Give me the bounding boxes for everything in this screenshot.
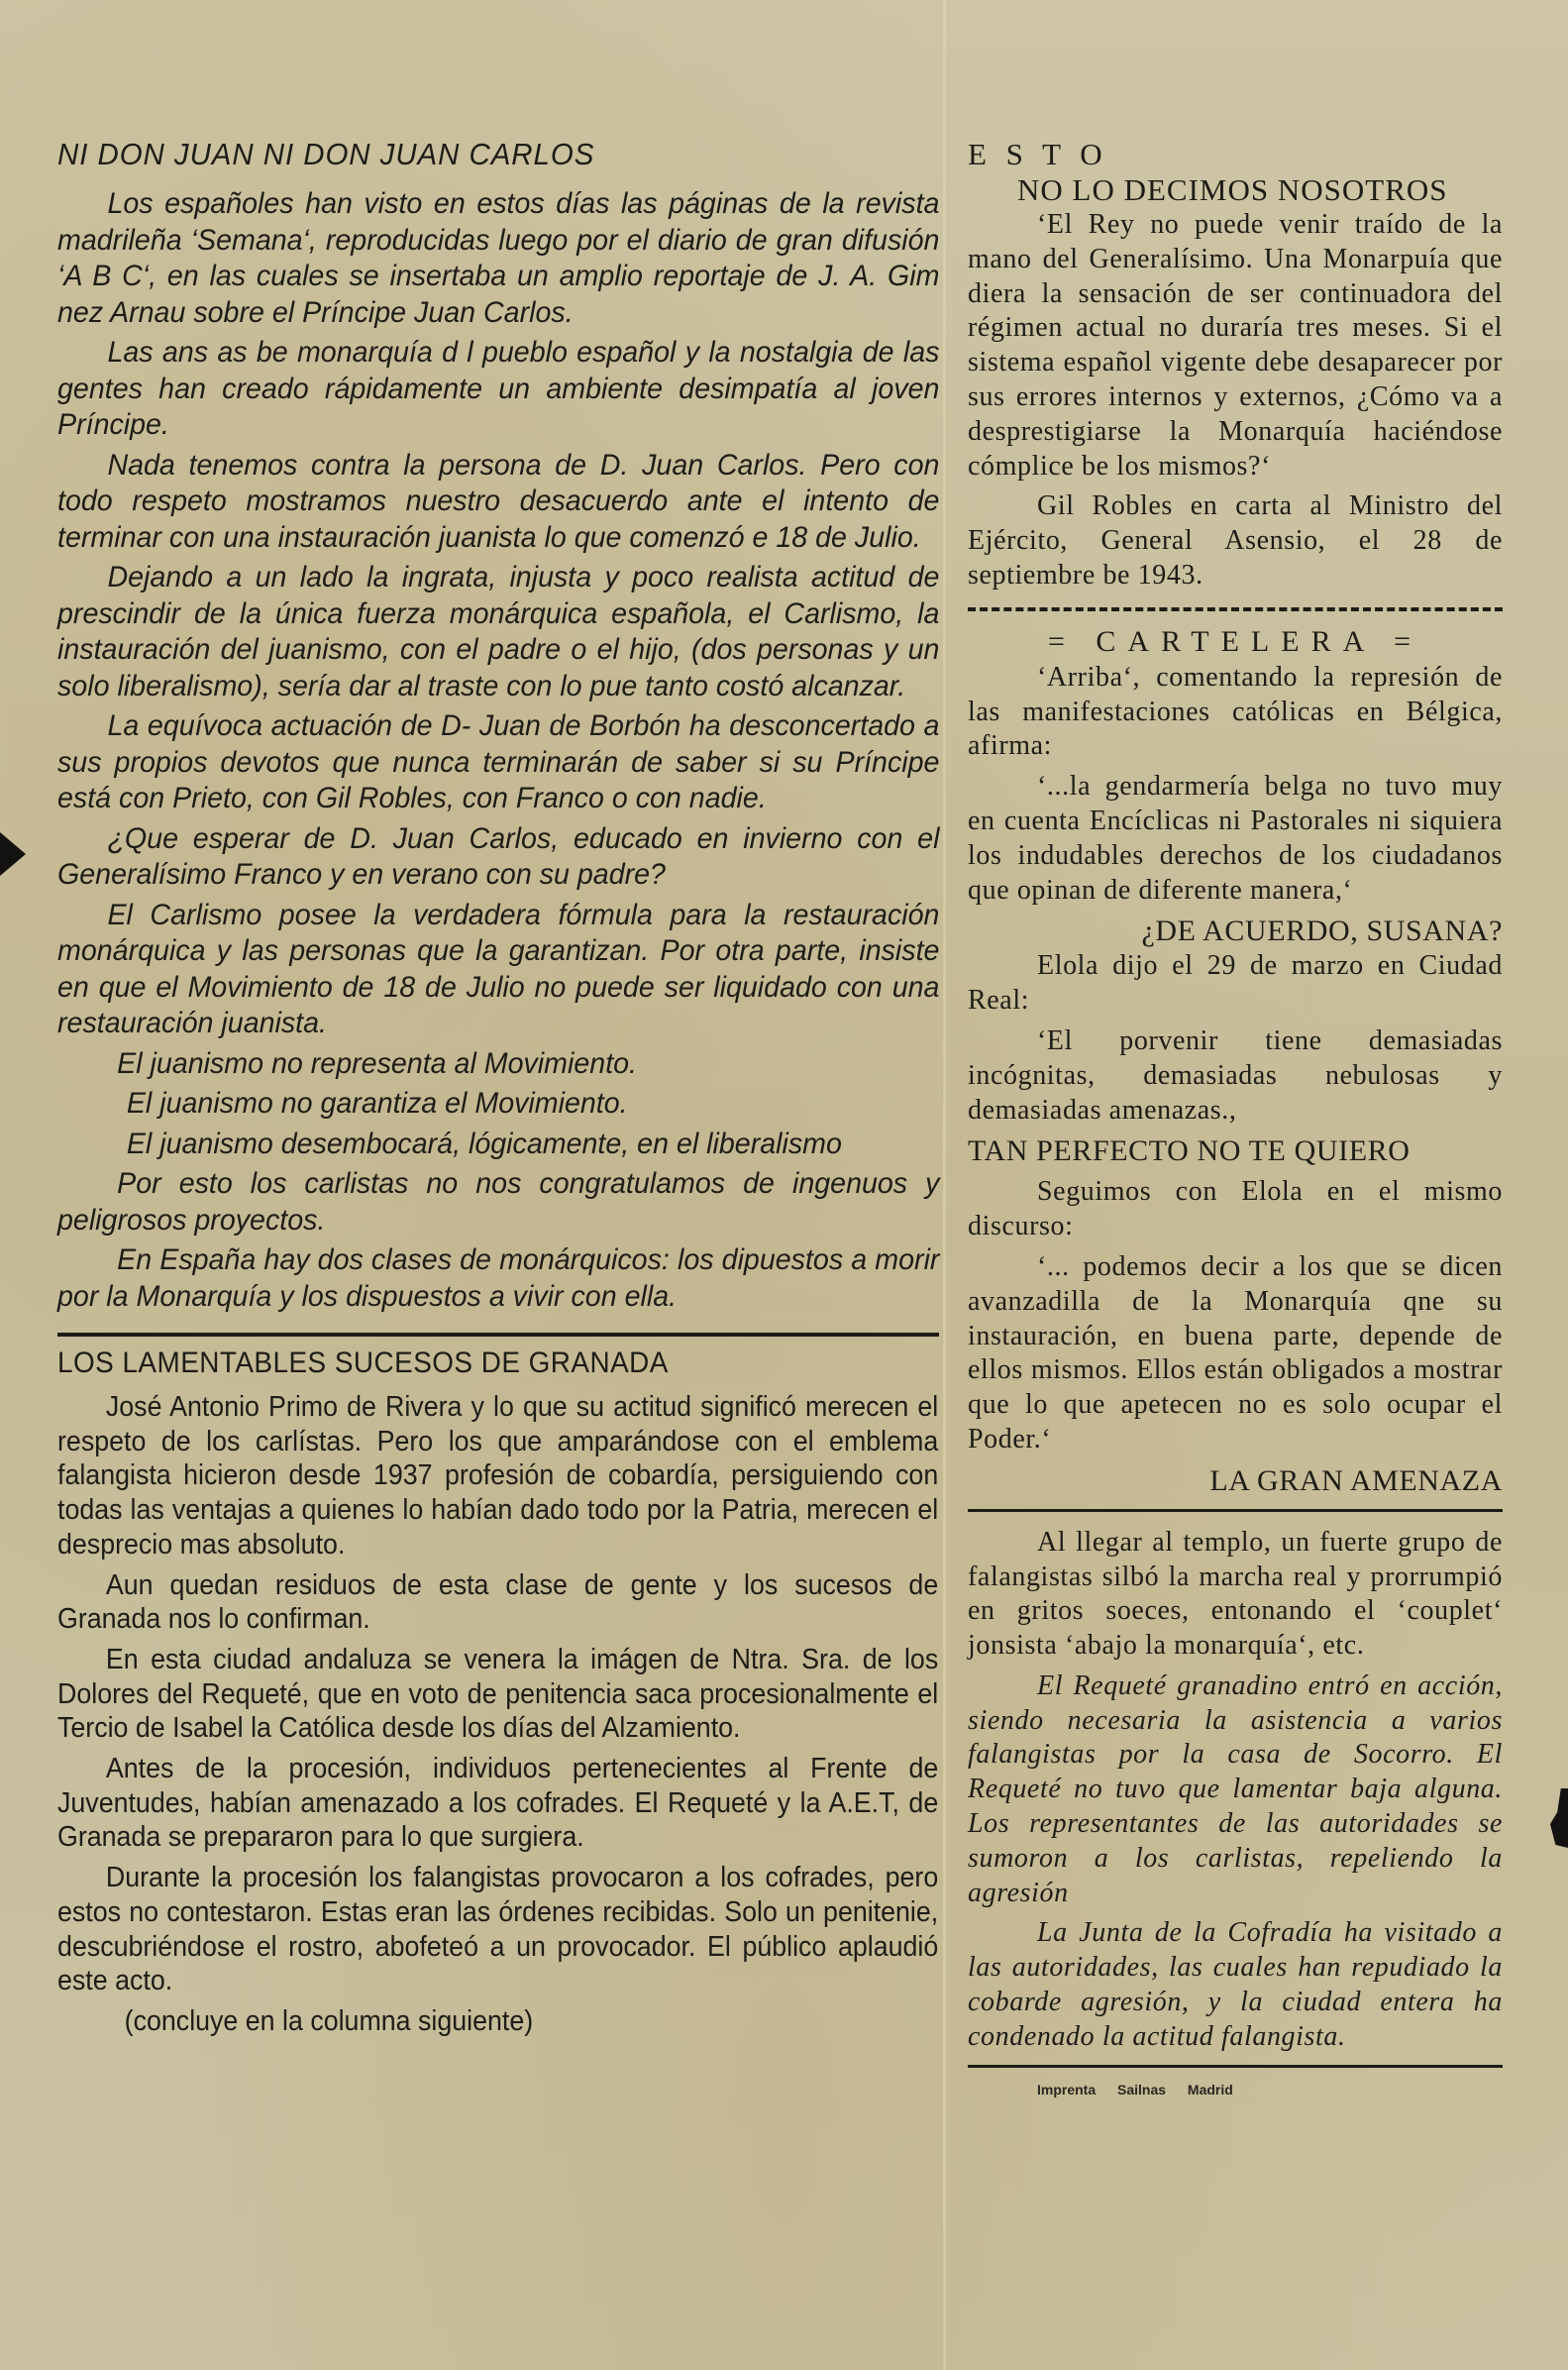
article-paragraph: Las ans as be monarquía d l pueblo españ… xyxy=(57,335,939,444)
cartelera-paragraph: Elola dijo el 29 de marzo en Ciudad Real… xyxy=(968,949,1503,1019)
document-page: NI DON JUAN NI DON JUAN CARLOS Los españ… xyxy=(0,0,1568,2370)
continuation-note: (concluye en la columna siguiente) xyxy=(57,2004,938,2039)
article-paragraph: ¿Que esperar de D. Juan Carlos, educado … xyxy=(57,821,939,894)
article-paragraph: Dejando a un lado la ingrata, injusta y … xyxy=(57,560,939,704)
article-paragraph: Nada tenemos contra la persona de D. Jua… xyxy=(57,448,939,557)
granada-conclusion-paragraph: El Requeté granadino entró en acción, si… xyxy=(968,1670,1503,1911)
section-paragraph: Antes de la procesión, individuos perten… xyxy=(57,1752,938,1855)
article-paragraph: El juanismo desembocará, lógicamente, en… xyxy=(57,1127,939,1163)
cartelera-paragraph: Seguimos con Elola en el mismo discurso: xyxy=(968,1175,1503,1244)
section-paragraph: Durante la procesión los falangistas pro… xyxy=(57,1861,938,1998)
esto-subheading: NO LO DECIMOS NOSOTROS xyxy=(1017,172,1503,208)
footer-divider xyxy=(968,2065,1503,2068)
cartelera-subheading: LA GRAN AMENAZA xyxy=(968,1463,1503,1499)
paper-fold xyxy=(943,0,946,2370)
article-title: NI DON JUAN NI DON JUAN CARLOS xyxy=(57,137,895,172)
granada-conclusion-paragraph: Al llegar al templo, un fuerte grupo de … xyxy=(968,1526,1503,1664)
section-divider xyxy=(57,1333,939,1337)
cartelera-paragraph: ‘Arriba‘, comentando la represión de las… xyxy=(968,661,1503,764)
article-paragraph: El Carlismo posee la verdadera fórmula p… xyxy=(57,898,939,1042)
esto-heading: E S T O xyxy=(968,137,1503,172)
right-column: E S T O NO LO DECIMOS NOSOTROS ‘El Rey n… xyxy=(968,137,1503,2098)
cartelera-heading: = CARTELERA = xyxy=(968,625,1503,659)
cartelera-subheading: ¿DE ACUERDO, SUSANA? xyxy=(968,914,1503,949)
esto-attribution: Gil Robles en carta al Ministro del Ejér… xyxy=(968,489,1503,592)
cartelera-paragraph: ‘... podemos decir a los que se dicen av… xyxy=(968,1250,1503,1457)
cartelera-subheading: TAN PERFECTO NO TE QUIERO xyxy=(968,1133,1503,1169)
torn-edge-right xyxy=(1550,1788,1568,1848)
article-paragraph: Los españoles han visto en estos días la… xyxy=(57,186,939,331)
section-paragraph: En esta ciudad andaluza se venera la imá… xyxy=(57,1643,938,1746)
section-paragraph: José Antonio Primo de Rivera y lo que su… xyxy=(57,1390,938,1562)
left-column: NI DON JUAN NI DON JUAN CARLOS Los españ… xyxy=(57,137,939,2045)
section-heading: LOS LAMENTABLES SUCESOS DE GRANADA xyxy=(57,1347,878,1380)
section-paragraph: Aun quedan residuos de esta clase de gen… xyxy=(57,1568,938,1637)
torn-edge-left xyxy=(0,832,26,876)
cartelera-paragraph: ‘...la gendarmería belga no tuvo muy en … xyxy=(968,770,1503,908)
granada-conclusion-paragraph: La Junta de la Cofradía ha visitado a la… xyxy=(968,1916,1503,2054)
article-paragraph: Por esto los carlistas no nos congratula… xyxy=(57,1166,939,1239)
article-paragraph: El juanismo no representa al Movimiento. xyxy=(57,1046,939,1083)
esto-quote: ‘El Rey no puede venir traído de la mano… xyxy=(968,208,1503,484)
article-paragraph: La equívoca actuación de D- Juan de Borb… xyxy=(57,708,939,817)
dashed-divider xyxy=(968,607,1503,611)
cartelera-paragraph: ‘El porvenir tiene demasiadas incógnitas… xyxy=(968,1024,1503,1128)
printer-imprint: Imprenta Sailnas Madrid xyxy=(1037,2082,1503,2098)
article-paragraph: El juanismo no garantiza el Movimiento. xyxy=(57,1086,939,1123)
section-divider xyxy=(968,1509,1503,1512)
article-paragraph: En España hay dos clases de monárquicos:… xyxy=(57,1242,939,1315)
